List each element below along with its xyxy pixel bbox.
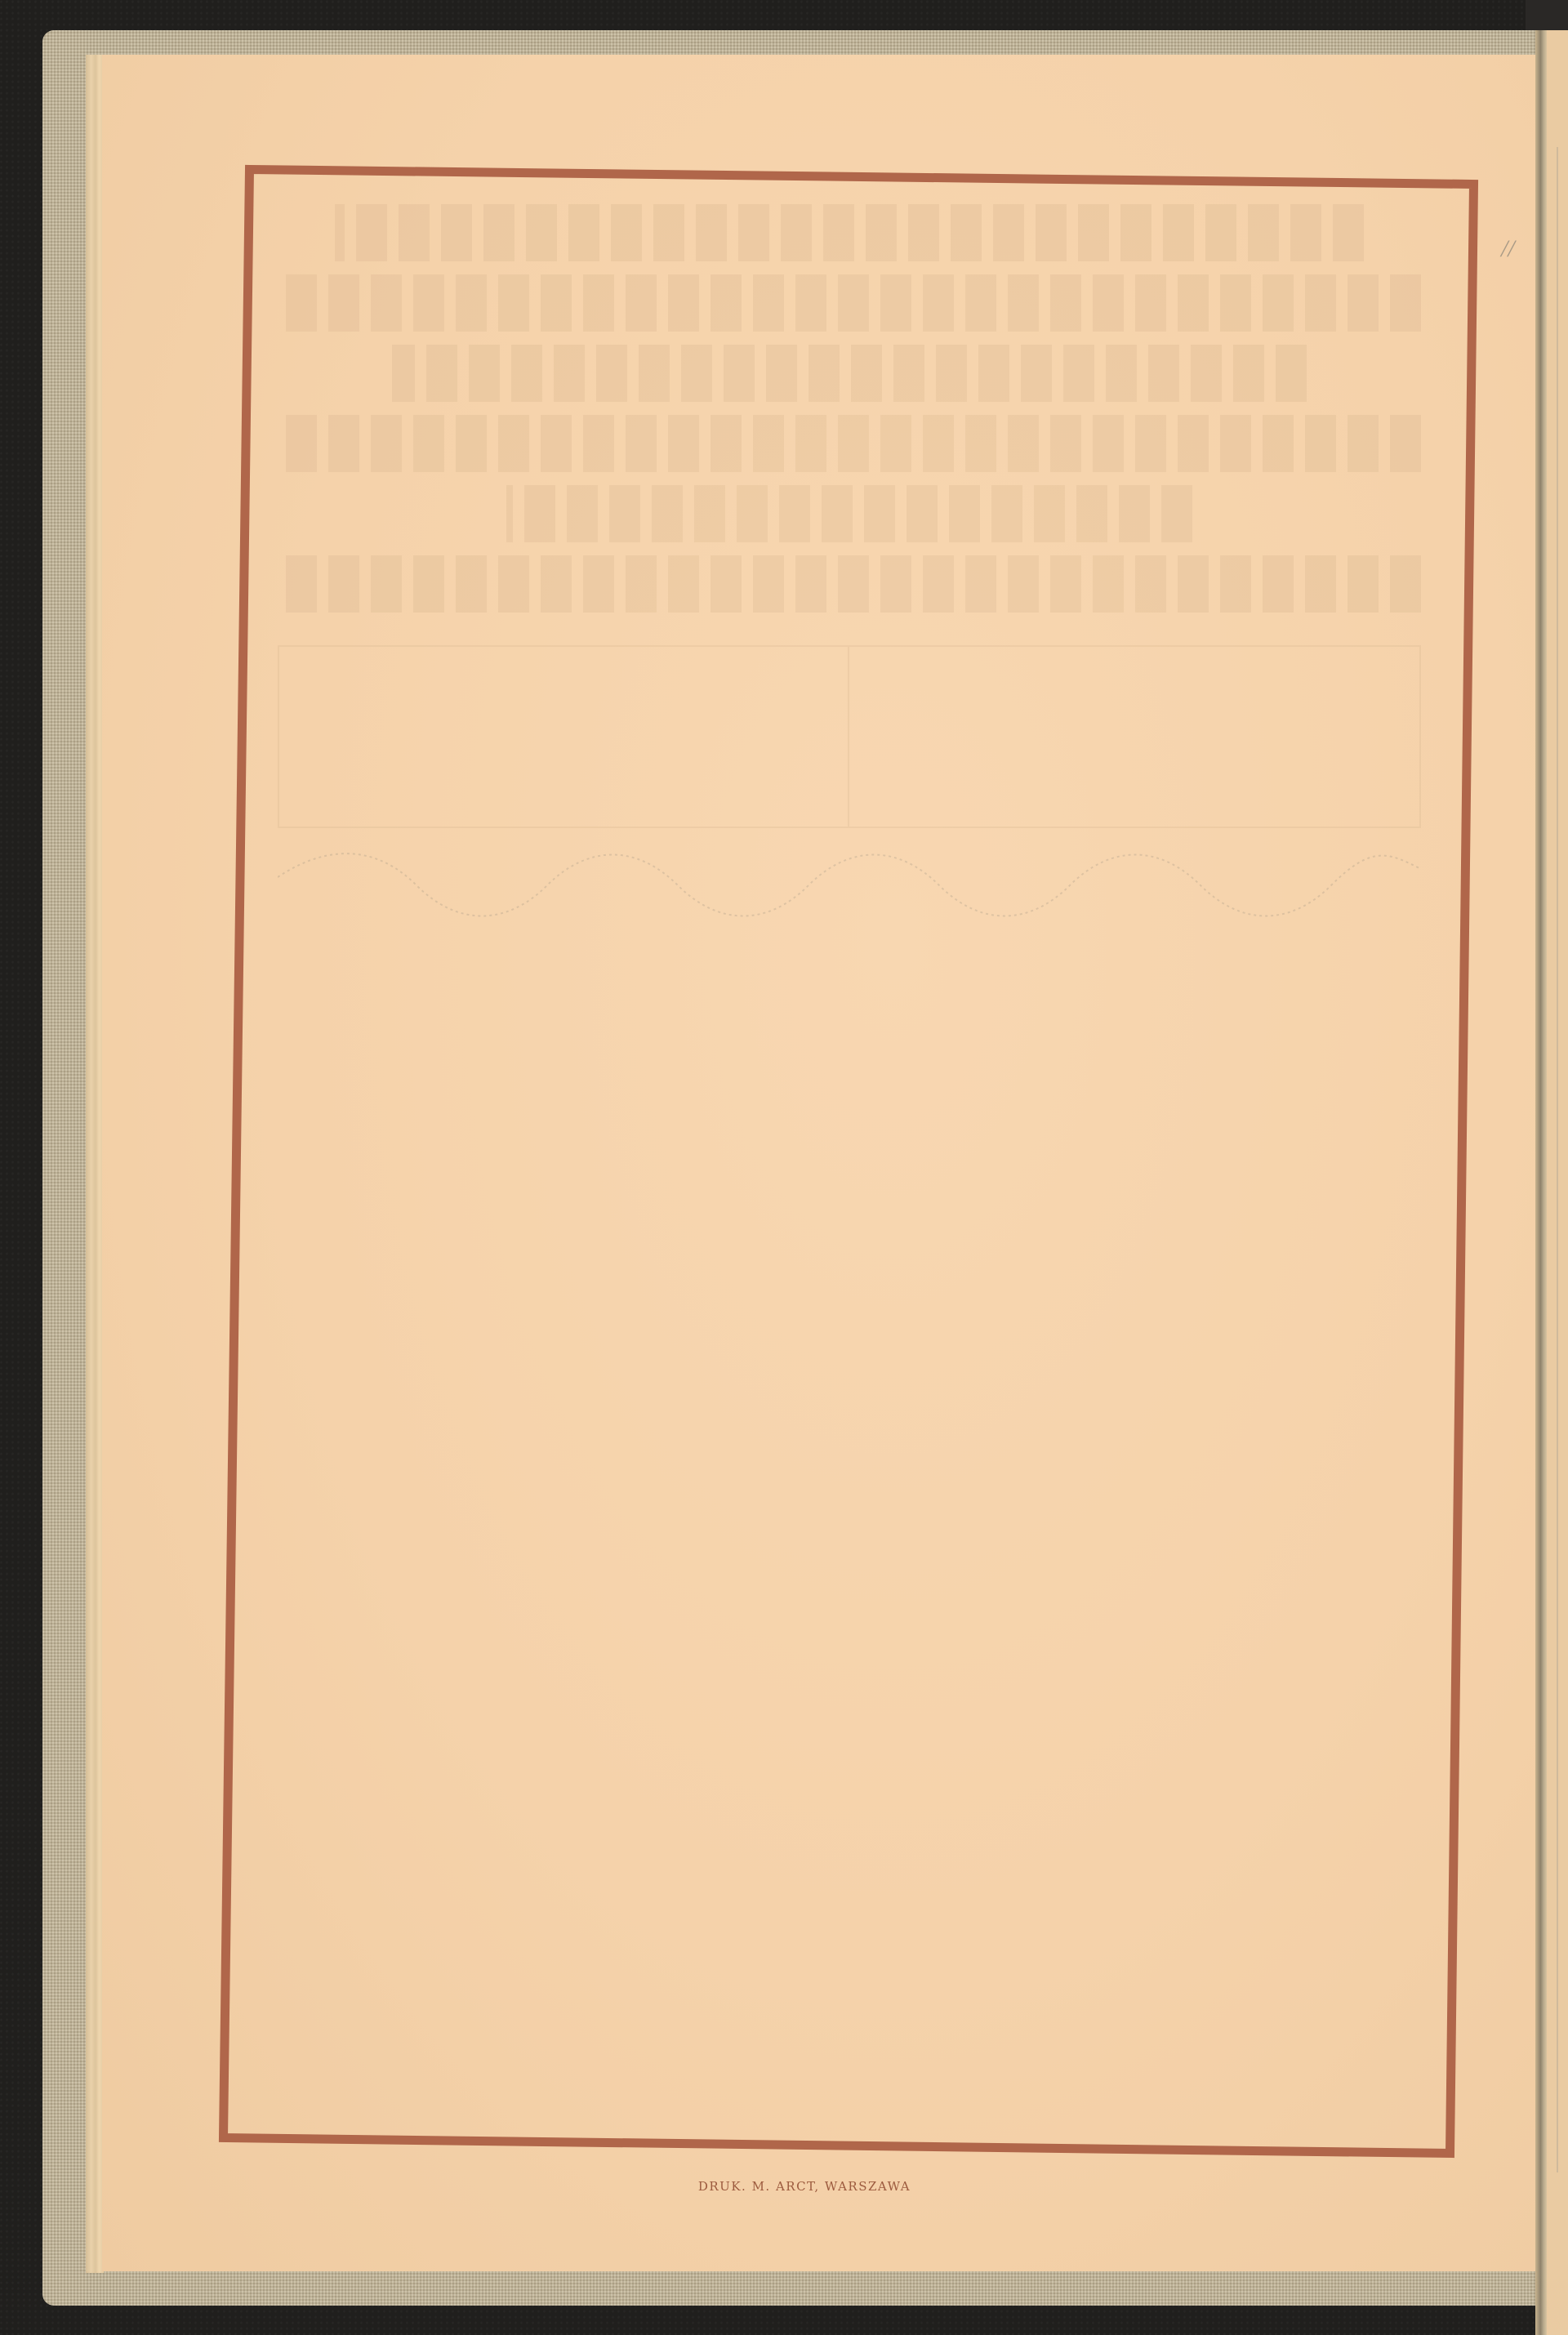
page-block-edges	[86, 55, 104, 2273]
next-page-ornament-border	[1557, 147, 1568, 2172]
scan-background: // DRUK. M. ARCT, WARSZAWA	[0, 0, 1568, 2335]
printer-imprint: DRUK. M. ARCT, WARSZAWA	[0, 2179, 1568, 2194]
background-corner	[1526, 0, 1568, 30]
book-gutter	[1535, 30, 1547, 2335]
endpaper-page	[102, 55, 1539, 2271]
pencil-mark: //	[1501, 235, 1515, 263]
